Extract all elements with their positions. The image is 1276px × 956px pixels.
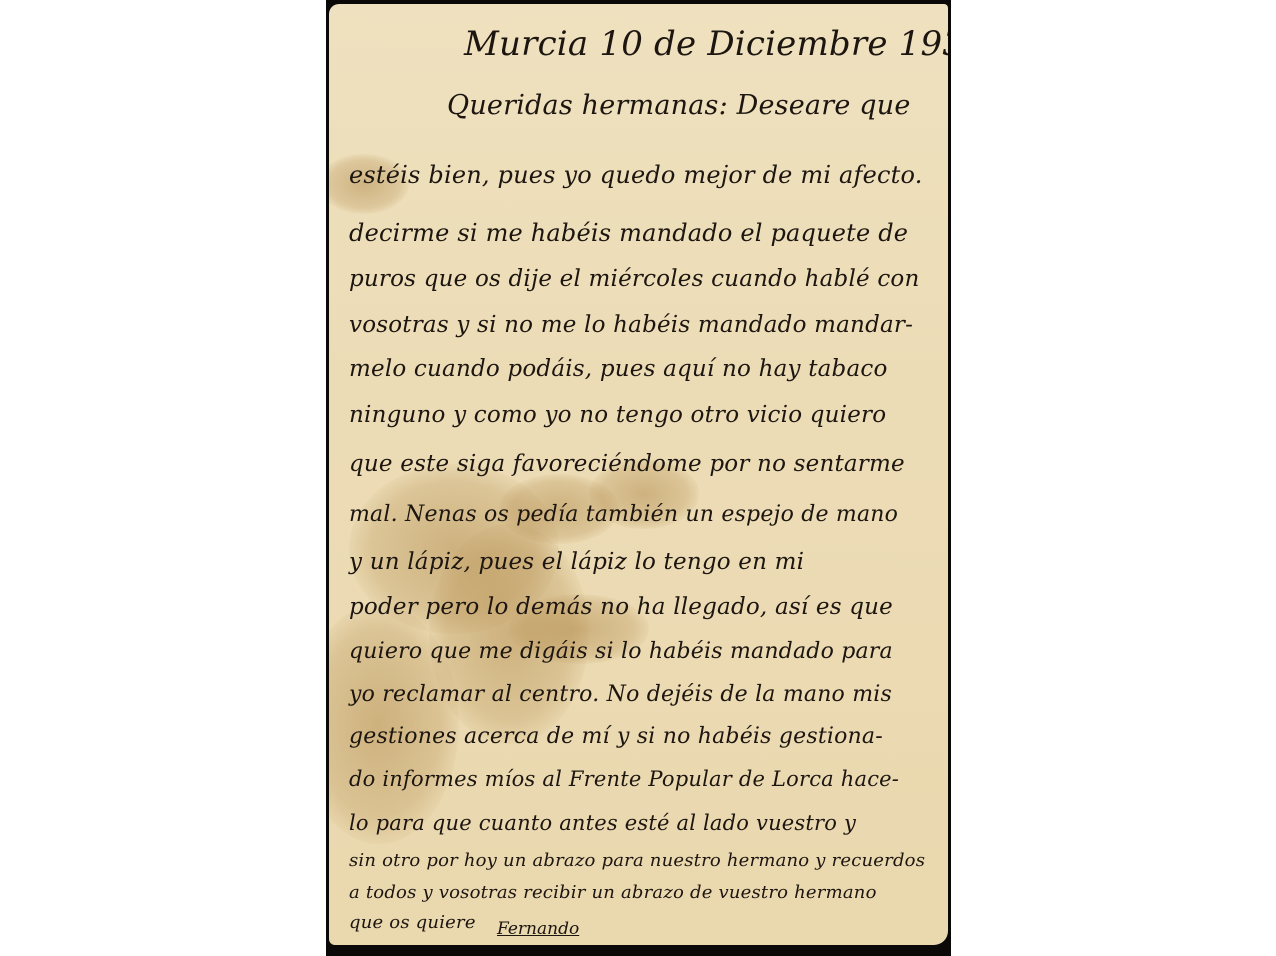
- letter-line: mal. Nenas os pedía también un espejo de…: [349, 502, 898, 527]
- letter-line: y un lápiz, pues el lápiz lo tengo en mi: [349, 549, 804, 575]
- signature: Fernando: [497, 919, 579, 939]
- letter-line: estéis bien, pues yo quedo mejor de mi a…: [349, 161, 923, 189]
- letter-line: do informes míos al Frente Popular de Lo…: [349, 767, 899, 791]
- letter-line: decirme si me habéis mandado el paquete …: [349, 219, 908, 247]
- letter-line: quiero que me digáis si lo habéis mandad…: [349, 639, 893, 664]
- letter-line: gestiones acerca de mí y si no habéis ge…: [349, 724, 883, 749]
- letter-line: lo para que cuanto antes esté al lado vu…: [349, 811, 856, 835]
- letter-line: melo cuando podáis, pues aquí no hay tab…: [349, 356, 888, 382]
- letter-line: puros que os dije el miércoles cuando ha…: [349, 266, 919, 292]
- letter-line: vosotras y si no me lo habéis mandado ma…: [349, 312, 913, 338]
- letter-line: ninguno y como yo no tengo otro vicio qu…: [349, 402, 886, 428]
- letter-line: sin otro por hoy un abrazo para nuestro …: [349, 850, 925, 871]
- letter-heading: Murcia 10 de Diciembre 1936: [464, 24, 948, 64]
- letter-line: que este siga favoreciéndome por no sent…: [349, 451, 905, 477]
- letter-salutation: Queridas hermanas: Deseare que: [447, 90, 911, 121]
- letter-line: que os quiere: [349, 912, 476, 933]
- letter-line: yo reclamar al centro. No dejéis de la m…: [349, 682, 892, 707]
- letter-line: poder pero lo demás no ha llegado, así e…: [349, 594, 893, 620]
- letter-line: a todos y vosotras recibir un abrazo de …: [349, 882, 877, 903]
- postcard: Murcia 10 de Diciembre 1936 Queridas her…: [329, 4, 948, 945]
